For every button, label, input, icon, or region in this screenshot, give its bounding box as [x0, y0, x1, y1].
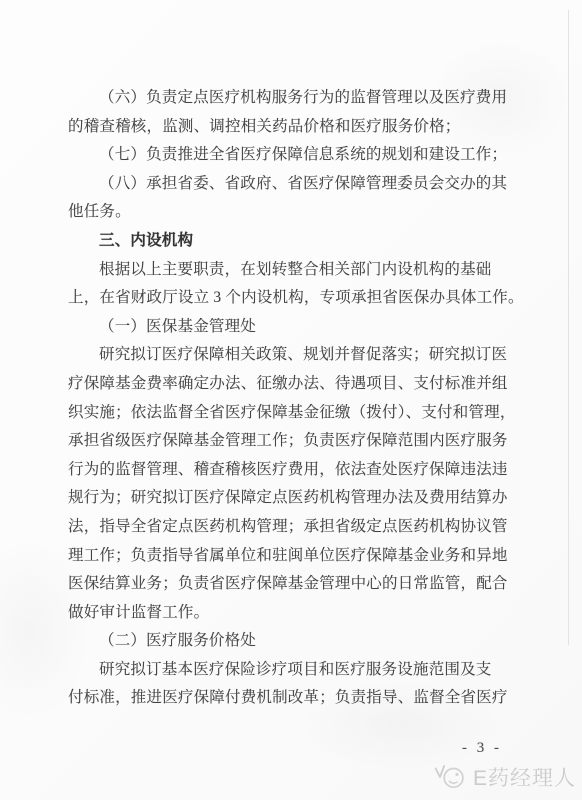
- text-line: 研究拟订医疗保障相关政策、规划并督促落实；研究拟订医: [68, 341, 523, 370]
- text-line: 他任务。: [68, 198, 523, 227]
- text-line: 根据以上主要职责，在划转整合相关部门内设机构的基础: [68, 256, 523, 285]
- scan-artifact-line: [568, 10, 569, 645]
- text-line: （一）医保基金管理处: [68, 313, 523, 342]
- text-line: 承担省级医疗保障基金管理工作；负责医疗保障范围内医疗服务: [68, 427, 523, 456]
- page-number: - 3 -: [462, 740, 502, 757]
- text-line: 付标准，推进医疗保障付费机制改革；负责指导、监督全省医疗: [68, 684, 523, 713]
- watermark-brand: E药经理人: [473, 762, 576, 792]
- text-line: 织实施；依法监督全省医疗保障基金征缴（拨付）、支付和管理，: [68, 399, 523, 428]
- text-line: （六）负责定点医疗机构服务行为的监督管理以及医疗费用: [68, 84, 523, 113]
- text-line: 规行为；研究拟订医疗保障定点医药机构管理办法及费用结算办: [68, 484, 523, 513]
- text-line: 医保结算业务；负责省医疗保障基金管理中心的日常监管，配合: [68, 570, 523, 599]
- text-line: 做好审计监督工作。: [68, 599, 523, 628]
- text-line: 的稽查稽核，监测、调控相关药品价格和医疗服务价格；: [68, 113, 523, 142]
- section-heading: 三、内设机构: [68, 227, 523, 256]
- text-line: 疗保障基金费率确定办法、征缴办法、待遇项目、支付标准并组: [68, 370, 523, 399]
- text-line: （八）承担省委、省政府、省医疗保障管理委员会交办的其: [68, 170, 523, 199]
- text-line: （二）医疗服务价格处: [68, 627, 523, 656]
- text-line: （七）负责推进全省医疗保障信息系统的规划和建设工作；: [68, 141, 523, 170]
- text-line: 研究拟订基本医疗保险诊疗项目和医疗服务设施范围及支: [68, 656, 523, 685]
- text-line: 上，在省财政厅设立 3 个内设机构，专项承担省医保办具体工作。: [68, 284, 523, 313]
- document-page: （六）负责定点医疗机构服务行为的监督管理以及医疗费用的稽查稽核，监测、调控相关药…: [0, 0, 582, 800]
- text-line: 法，指导全省定点医药机构管理；承担省级定点医药机构协议管: [68, 513, 523, 542]
- text-line: 行为的监督管理、稽查稽核医疗费用，依法查处医疗保障违法违: [68, 456, 523, 485]
- document-body: （六）负责定点医疗机构服务行为的监督管理以及医疗费用的稽查稽核，监测、调控相关药…: [68, 84, 523, 713]
- panda-face-icon: [434, 763, 468, 791]
- text-line: 理工作；负责指导省属单位和驻闽单位医疗保障基金业务和异地: [68, 542, 523, 571]
- watermark: E药经理人: [434, 762, 576, 792]
